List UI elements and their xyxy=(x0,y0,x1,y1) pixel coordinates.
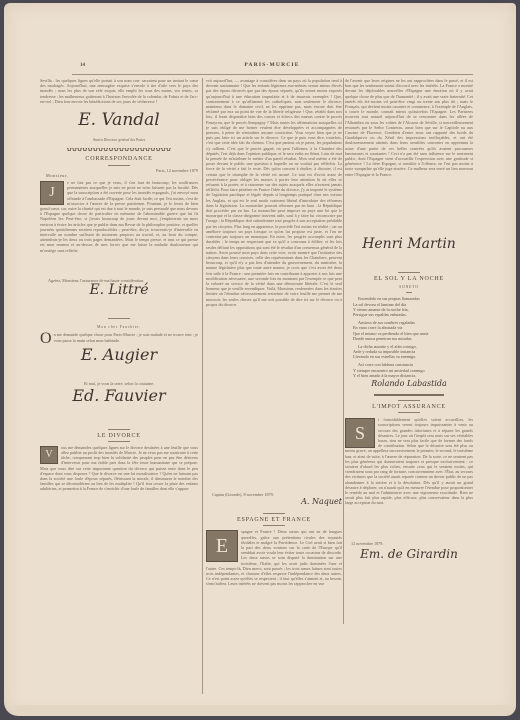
poem-line: Persigue sus espaldas enlutadas. xyxy=(353,312,473,317)
title-rule-5 xyxy=(398,412,420,413)
divider-rule-4 xyxy=(398,272,420,273)
header-rule xyxy=(72,74,473,75)
poem-stanza-1: Encendido en sus propias llamaradas La s… xyxy=(353,296,473,317)
running-header: 14 PARIS-MURCIE xyxy=(72,61,472,73)
capital-o: O xyxy=(40,332,52,346)
divider-rule-2 xyxy=(108,429,130,430)
dropcap-e: E xyxy=(206,530,238,562)
journal-title: PARIS-MURCIE xyxy=(72,62,472,68)
page-edge xyxy=(14,705,510,713)
impot-body: S i formidablement qu'elles soient accue… xyxy=(345,417,473,537)
section-title-sol-noche: EL SOL Y LA NOCHE xyxy=(345,277,473,282)
title-rule xyxy=(108,165,130,166)
signature-henri-martin: Henri Martin xyxy=(345,242,473,262)
signature-augier: E. Augier xyxy=(40,352,198,378)
augier-note-text: n me demande quelque chose pour Paris-Mu… xyxy=(54,332,198,342)
espagne-continued-text: de l'avenir que leurs origines ne les on… xyxy=(345,78,473,236)
column-divider-1 xyxy=(202,78,203,694)
title-rule-2 xyxy=(108,441,130,442)
column-1: Sevilla : les quelques lignes qu'elle po… xyxy=(40,78,198,505)
poem-stanza-4: Así corre con bárbara constancia Y siemp… xyxy=(353,362,473,378)
column-2: vrit aujourd'hui, — avantage à considére… xyxy=(206,78,342,617)
dropcap-s: S xyxy=(345,418,375,448)
column-divider-2 xyxy=(343,78,344,624)
girardin-dateline: 12 novembre 1879. xyxy=(345,541,473,546)
section-title-espagne: ESPAGNE ET FRANCE xyxy=(206,518,342,523)
salutation: Monsieur, xyxy=(46,173,198,178)
divider-rule-5 xyxy=(398,400,420,401)
signature-flourish xyxy=(374,394,444,396)
divider-rule xyxy=(108,318,130,319)
dropcap-j: J xyxy=(40,181,64,205)
poem-subtitle: SONETO xyxy=(345,285,473,290)
dropcap-v: V xyxy=(40,446,58,464)
subtitle-rule xyxy=(406,292,412,293)
section-title-correspondance: CORRESPONDANCE xyxy=(40,157,198,162)
signature-fauvier: Ed. Fauvier xyxy=(40,393,198,423)
poem-stanza-3: La dicha ausente y el afán consigo, Arde… xyxy=(353,344,473,360)
espagne-body: E spagne et France ! Deux sœurs qui ont … xyxy=(206,529,342,617)
divorce-text: ous me demandez quelques lignes sur le d… xyxy=(40,445,198,492)
title-rule-3 xyxy=(263,525,285,526)
divorce-body: V ous me demandez quelques lignes sur le… xyxy=(40,445,198,505)
divider-rule-3 xyxy=(263,513,285,514)
signature-labastida: Rolando Labastida xyxy=(345,381,473,393)
column-3: de l'avenir que leurs origines ne les on… xyxy=(345,78,473,582)
poem-stanza-2: Ansioso de sus sombres regaladas En vano… xyxy=(353,320,473,341)
salutation-2: Mon cher Fauchier, xyxy=(40,325,198,330)
section-title-impot: L'IMPOT ASSURANCE xyxy=(345,405,473,410)
poem: Encendido en sus propias llamaradas La s… xyxy=(353,296,473,378)
poem-line: Donde nunca penetran sus miradas. xyxy=(353,336,473,341)
poem-line: Llevando en sus estrellas su enemigo. xyxy=(353,354,473,359)
letter-body: J e ne fais pas ce que je veux, il s'en … xyxy=(40,180,198,278)
intro-text: Sevilla : les quelques lignes qu'elle po… xyxy=(40,78,198,114)
signature-naquet: A. Naquet xyxy=(206,499,342,509)
ornament-row: ✿✿✿✿✿✿✿✿✿✿✿✿✿✿✿✿✿✿✿✿ xyxy=(40,148,198,153)
signature-littre: E. Littré xyxy=(40,288,198,310)
divorce-continued-text: vrit aujourd'hui, — avantage à considére… xyxy=(206,78,342,490)
signature-caption: Ancien Directeur général des Postes xyxy=(40,138,198,143)
signature-girardin: Em. de Girardin xyxy=(345,552,473,582)
section-title-divorce: LE DIVORCE xyxy=(40,434,198,439)
signature-vandal: E. Vandal xyxy=(40,118,198,138)
poem-line: Y el bien amado á la mayor distancia. xyxy=(353,373,473,378)
